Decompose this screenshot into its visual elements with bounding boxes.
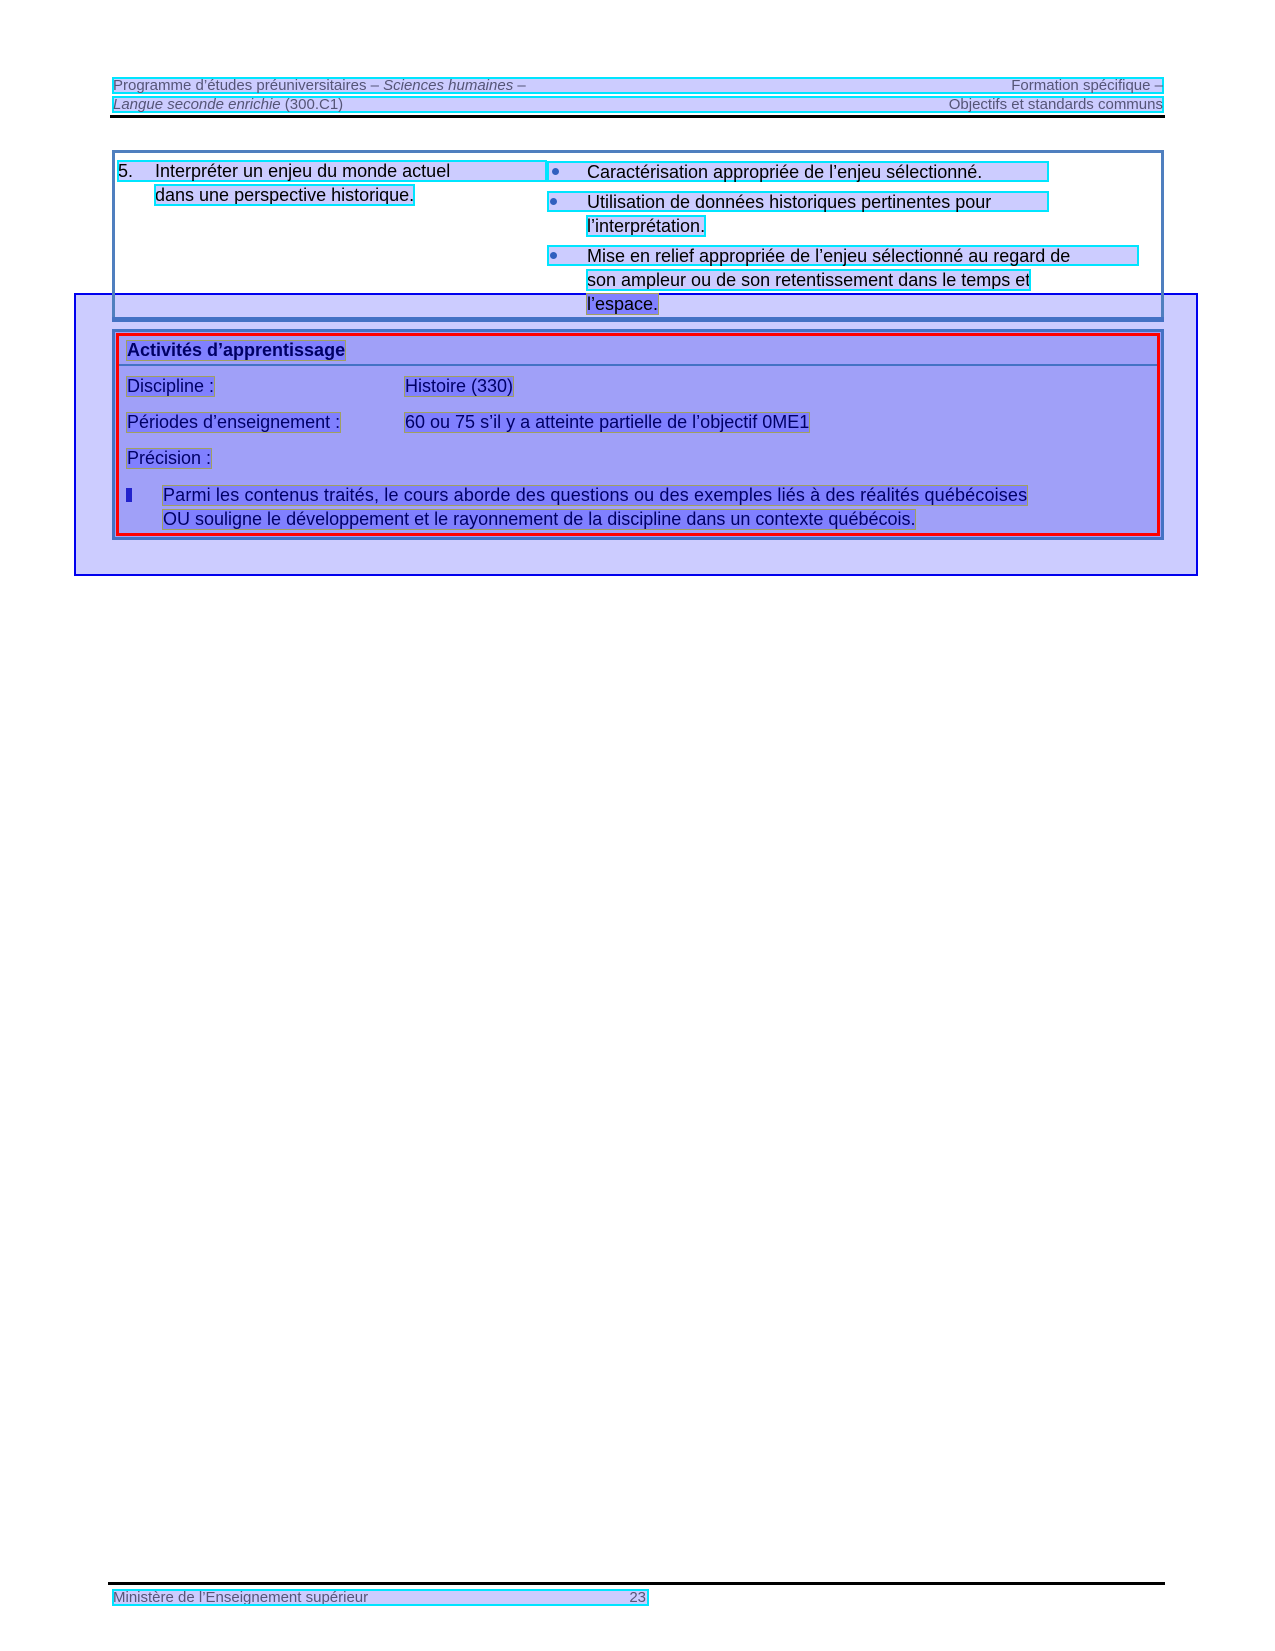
discipline-value: Histoire (330) — [405, 377, 513, 396]
footer: Ministère de l’Enseignement supérieur 23 — [113, 1590, 648, 1605]
footer-rule — [108, 1582, 1165, 1585]
header-section: Formation spécifique – — [1011, 78, 1163, 94]
criterion-item: Mise en relief appropriée de l’enjeu sél… — [548, 246, 1138, 265]
activities-title: Activités d’apprentissage — [127, 341, 345, 360]
periods-value: 60 ou 75 s’il y a atteinte partielle de … — [405, 413, 809, 432]
bullet-icon — [550, 252, 557, 259]
header-program-code: Langue seconde enrichie (300.C1) — [113, 97, 343, 113]
objective-number: 5. — [118, 161, 133, 181]
precision-line-1: Parmi les contenus traités, le cours abo… — [163, 486, 1027, 505]
objective-title-line-1: 5. Interpréter un enjeu du monde actuel — [118, 161, 546, 181]
periods-label: Périodes d’enseignement : — [127, 413, 340, 432]
criterion-item: Caractérisation appropriée de l’enjeu sé… — [548, 162, 1048, 181]
criterion-continuation: l’interprétation. — [587, 216, 705, 236]
activities-title-divider — [119, 364, 1157, 366]
precision-line-2: OU souligne le développement et le rayon… — [163, 510, 915, 529]
criterion-item: Utilisation de données historiques perti… — [548, 192, 1048, 211]
bullet-icon — [550, 198, 557, 205]
criterion-continuation: son ampleur ou de son retentissement dan… — [587, 270, 1030, 290]
footer-ministry: Ministère de l’Enseignement supérieur — [113, 1589, 368, 1606]
criterion-continuation: l’espace. — [587, 294, 658, 314]
discipline-label: Discipline : — [127, 377, 214, 396]
bullet-icon — [552, 168, 559, 175]
precision-label: Précision : — [127, 449, 211, 468]
page-number: 23 — [629, 1590, 646, 1606]
header-program-title: Programme d’études préuniversitaires – S… — [113, 78, 526, 94]
header-subsection: Objectifs et standards communs — [949, 97, 1163, 113]
header-line-1: Programme d’études préuniversitaires – S… — [113, 78, 1163, 93]
header-line-2: Langue seconde enrichie (300.C1) Objecti… — [113, 97, 1163, 112]
header-rule — [110, 115, 1165, 118]
objective-title-line-2: dans une perspective historique. — [155, 185, 414, 205]
objective-table-bottom-border — [112, 317, 1164, 322]
bullet-icon — [126, 488, 132, 502]
